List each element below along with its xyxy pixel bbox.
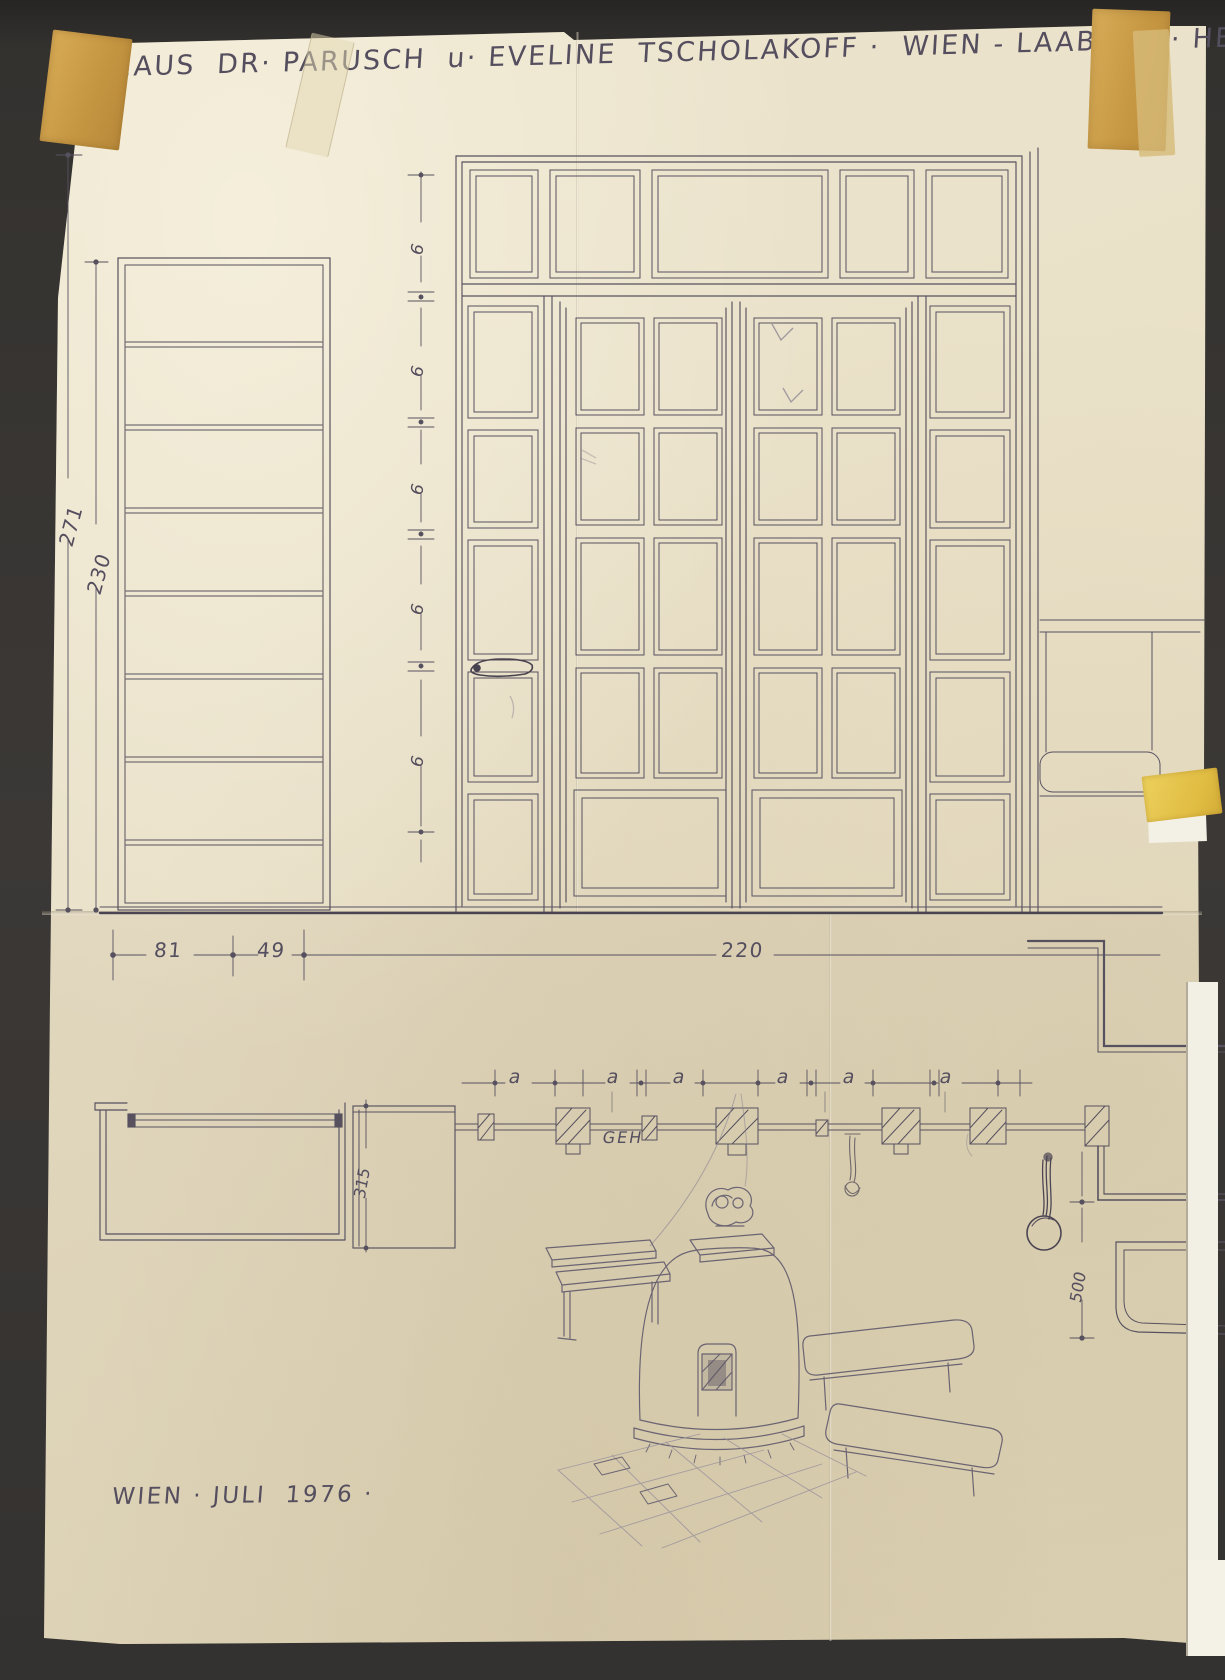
white-sheet-strip-right bbox=[1186, 982, 1218, 1650]
tape-yellow-right bbox=[1141, 768, 1222, 823]
scanned-drawing-page: { "doc": { "title": "HAUS DR· PARUSCH u·… bbox=[0, 0, 1225, 1680]
white-sheet-corner-bottom-right bbox=[1186, 1560, 1225, 1656]
drawing-sheet bbox=[34, 26, 1206, 1644]
tape-top-right-strip bbox=[1133, 29, 1176, 157]
tape-top-left bbox=[39, 30, 132, 151]
